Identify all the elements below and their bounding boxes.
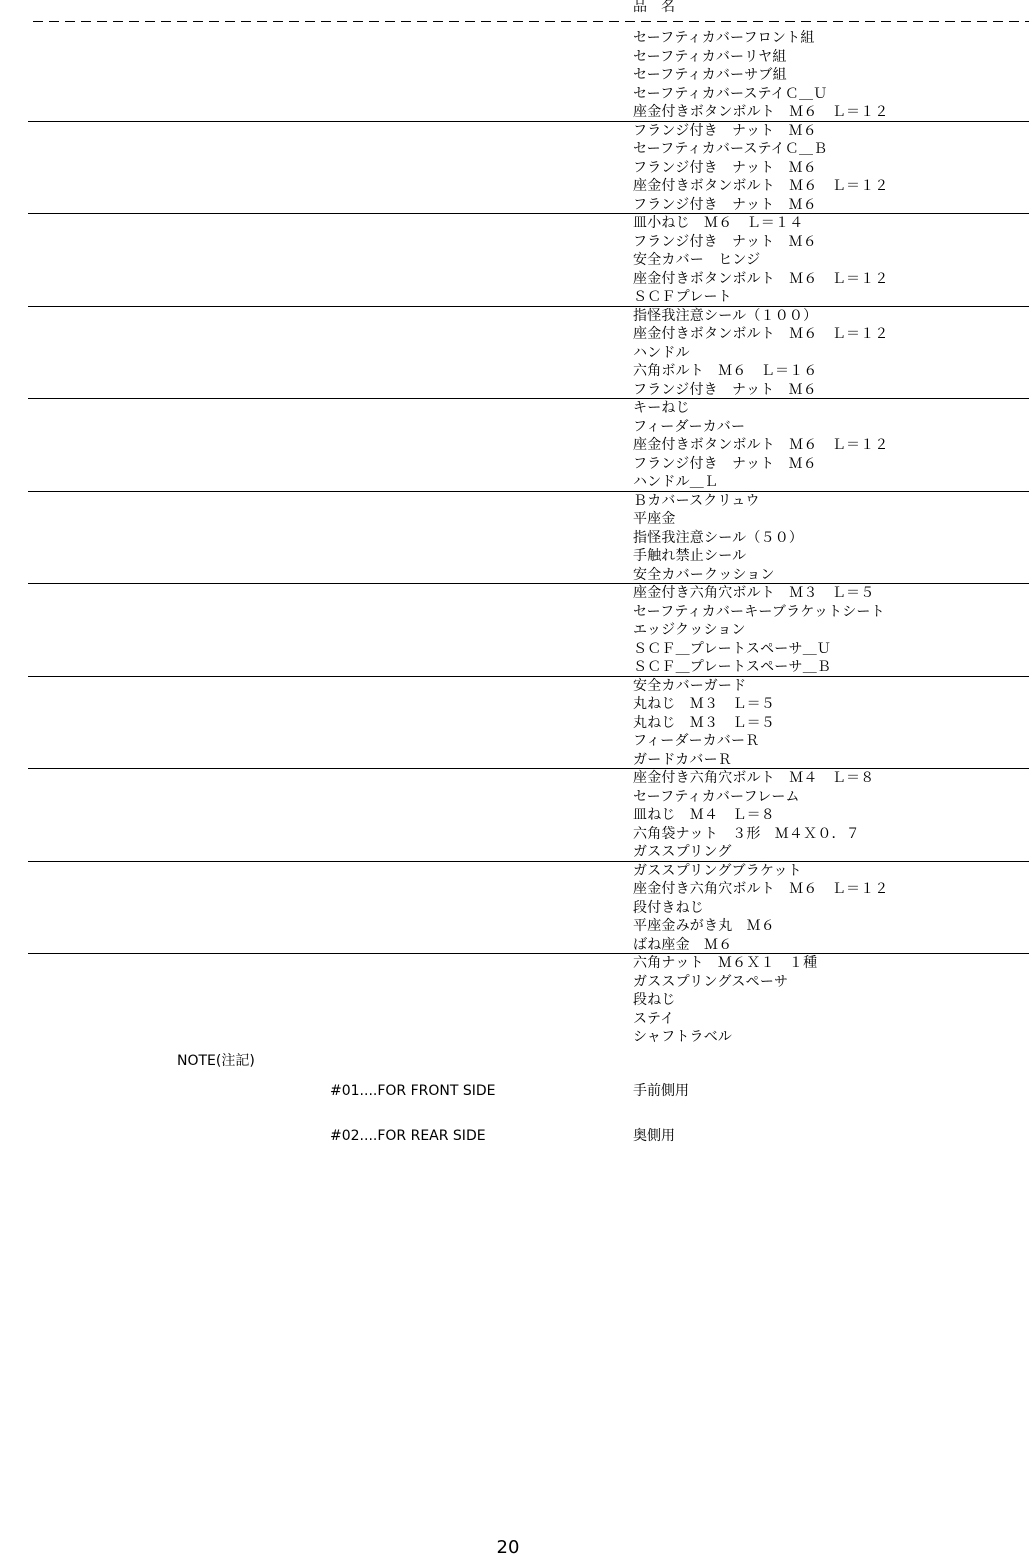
part-item: シャフトラベル [633, 1028, 732, 1047]
note-codes: #01....FOR FRONT SIDE #02....FOR REAR SI… [330, 1054, 496, 1159]
part-item: 安全カバーガード [633, 677, 746, 696]
part-item: セーフティカバーフレーム [633, 788, 800, 807]
note-label: NOTE(注記) [177, 1054, 255, 1069]
note-code-front: #01....FOR FRONT SIDE [330, 1084, 496, 1099]
part-item: 段ねじ [633, 991, 676, 1010]
part-item: 座金付き六角穴ボルト Ｍ３ Ｌ＝５ [633, 584, 874, 603]
part-item: セーフティカバーキーブラケットシート [633, 603, 885, 622]
parts-group-9: 座金付き六角穴ボルト Ｍ４ Ｌ＝８ セーフティカバーフレーム 皿ねじ Ｍ４ Ｌ＝… [0, 769, 1029, 862]
part-item: 座金付きボタンボルト Ｍ６ Ｌ＝１２ [633, 436, 889, 455]
header-dashed-divider [33, 21, 1029, 22]
parts-group-6: Ｂカバースクリュウ 平座金 指怪我注意シール（５０） 手触れ禁止シール 安全カバ… [0, 492, 1029, 585]
part-item: セーフティカバーステイＣ＿Ｕ [633, 85, 827, 104]
part-item: フランジ付き ナット Ｍ６ [633, 159, 817, 178]
part-item: 丸ねじ Ｍ３ Ｌ＝５ [633, 714, 775, 733]
part-item: セーフティカバーサブ組 [633, 66, 787, 85]
parts-group-8: 安全カバーガード 丸ねじ Ｍ３ Ｌ＝５ 丸ねじ Ｍ３ Ｌ＝５ フィーダーカバーＲ… [0, 677, 1029, 770]
part-item: 平座金みがき丸 Ｍ６ [633, 917, 775, 936]
part-item: 指怪我注意シール（５０） [633, 529, 803, 548]
part-item: 座金付きボタンボルト Ｍ６ Ｌ＝１２ [633, 103, 889, 122]
part-item: 座金付きボタンボルト Ｍ６ Ｌ＝１２ [633, 270, 889, 289]
part-item: フランジ付き ナット Ｍ６ [633, 455, 817, 474]
part-item: ハンドル＿Ｌ [633, 473, 718, 492]
part-item: ＳＣＦプレート [633, 288, 732, 307]
part-item: フィーダーカバーＲ [633, 732, 759, 751]
parts-group-5: キーねじ フィーダーカバー 座金付きボタンボルト Ｍ６ Ｌ＝１２ フランジ付き … [0, 399, 1029, 492]
part-item: 指怪我注意シール（１００） [633, 307, 817, 326]
part-item: ガードカバーＲ [633, 751, 732, 770]
column-header-part-name: 品名 [633, 0, 689, 15]
parts-group-11: 六角ナット Ｍ６Ｘ１ １種 ガススプリングスペーサ 段ねじ ステイ シャフトラベ… [0, 954, 1029, 1047]
part-item: フランジ付き ナット Ｍ６ [633, 196, 817, 215]
parts-group-4: 指怪我注意シール（１００） 座金付きボタンボルト Ｍ６ Ｌ＝１２ ハンドル 六角… [0, 307, 1029, 400]
part-item: ハンドル [633, 344, 690, 363]
parts-group-3: 皿小ねじ Ｍ６ Ｌ＝１４ フランジ付き ナット Ｍ６ 安全カバー ヒンジ 座金付… [0, 214, 1029, 307]
note-code-rear: #02....FOR REAR SIDE [330, 1129, 496, 1144]
part-item: ばね座金 Ｍ６ [633, 936, 732, 955]
part-item: 平座金 [633, 510, 676, 529]
parts-group-7: 座金付き六角穴ボルト Ｍ３ Ｌ＝５ セーフティカバーキーブラケットシート エッジ… [0, 584, 1029, 677]
part-item: 座金付きボタンボルト Ｍ６ Ｌ＝１２ [633, 325, 889, 344]
part-item: フランジ付き ナット Ｍ６ [633, 381, 817, 400]
part-item: フランジ付き ナット Ｍ６ [633, 122, 817, 141]
part-item: フランジ付き ナット Ｍ６ [633, 233, 817, 252]
note-desc-rear: 奥側用 [633, 1129, 689, 1144]
part-item: Ｂカバースクリュウ [633, 492, 760, 511]
part-item: フィーダーカバー [633, 418, 745, 437]
part-item: ガススプリング [633, 843, 732, 862]
part-item: 座金付き六角穴ボルト Ｍ６ Ｌ＝１２ [633, 880, 889, 899]
part-item: ＳＣＦ＿プレートスペーサ＿Ｕ [633, 640, 831, 659]
part-item: ステイ [633, 1010, 674, 1029]
part-item: 皿ねじ Ｍ４ Ｌ＝８ [633, 806, 775, 825]
part-item: 手触れ禁止シール [633, 547, 746, 566]
part-item: ＳＣＦ＿プレートスペーサ＿Ｂ [633, 658, 831, 677]
parts-group-2: フランジ付き ナット Ｍ６ セーフティカバーステイＣ＿Ｂ フランジ付き ナット … [0, 122, 1029, 215]
part-item: 丸ねじ Ｍ３ Ｌ＝５ [633, 695, 775, 714]
part-item: 安全カバー ヒンジ [633, 251, 760, 270]
page-number: 20 [0, 1538, 1016, 1558]
part-item: 安全カバークッション [633, 566, 775, 585]
part-item: キーねじ [633, 399, 690, 418]
part-item: 座金付き六角穴ボルト Ｍ４ Ｌ＝８ [633, 769, 874, 788]
part-item: 皿小ねじ Ｍ６ Ｌ＝１４ [633, 214, 803, 233]
note-descriptions: 手前側用 奥側用 [633, 1054, 689, 1159]
part-item: ガススプリングスペーサ [633, 973, 788, 992]
part-item: セーフティカバーステイＣ＿Ｂ [633, 140, 827, 159]
part-item: 座金付きボタンボルト Ｍ６ Ｌ＝１２ [633, 177, 889, 196]
parts-group-10: ガススプリングブラケット 座金付き六角穴ボルト Ｍ６ Ｌ＝１２ 段付きねじ 平座… [0, 862, 1029, 955]
part-item: 六角ボルト Ｍ６ Ｌ＝１６ [633, 362, 818, 381]
part-item: 段付きねじ [633, 899, 704, 918]
note-desc-front: 手前側用 [633, 1084, 689, 1099]
part-item: セーフティカバーリヤ組 [633, 48, 787, 67]
part-item: 六角ナット Ｍ６Ｘ１ １種 [633, 954, 817, 973]
part-item: セーフティカバーフロント組 [633, 29, 815, 48]
part-item: 六角袋ナット ３形 Ｍ４Ｘ０．７ [633, 825, 860, 844]
part-item: ガススプリングブラケット [633, 862, 802, 881]
parts-list: セーフティカバーフロント組 セーフティカバーリヤ組 セーフティカバーサブ組 セー… [0, 29, 1029, 1047]
parts-group-1: セーフティカバーフロント組 セーフティカバーリヤ組 セーフティカバーサブ組 セー… [0, 29, 1029, 122]
part-item: エッジクッション [633, 621, 746, 640]
